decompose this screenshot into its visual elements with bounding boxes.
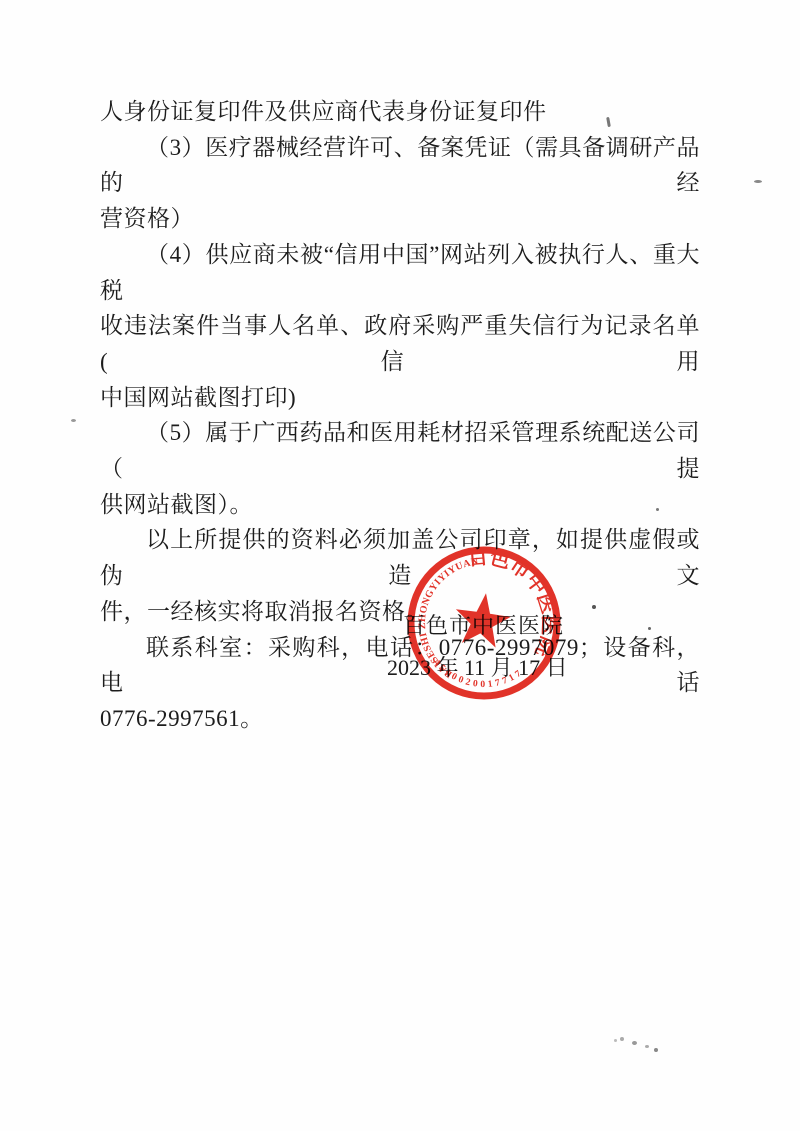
scan-speck xyxy=(71,419,76,422)
seal-org-cn: 百色市中医医院 xyxy=(467,545,561,661)
doc-line: 供网站截图）。 xyxy=(100,487,700,523)
scan-speck xyxy=(754,180,762,183)
doc-line: 收违法案件当事人名单、政府采购严重失信行为记录名单(信用 xyxy=(100,308,700,379)
doc-line: （4）供应商未被“信用中国”网站列入被执行人、重大税 xyxy=(100,237,700,308)
doc-line: 营资格） xyxy=(100,201,700,237)
scan-speck xyxy=(614,1039,617,1042)
star-icon xyxy=(456,593,511,647)
scan-speck xyxy=(654,1048,658,1052)
doc-line: （3）医疗器械经营许可、备案凭证（需具备调研产品的经 xyxy=(100,130,700,201)
svg-text:百色市中医医院: 百色市中医医院 xyxy=(467,545,561,661)
scan-speck xyxy=(648,627,651,630)
scan-speck xyxy=(592,605,596,609)
doc-line: 中国网站截图打印) xyxy=(100,380,700,416)
scan-speck xyxy=(645,1045,649,1048)
official-seal-stamp: BAISESHI ZHONGYIYIYUAN 百色市中医医院 451002001… xyxy=(394,536,574,708)
scan-speck xyxy=(632,1041,637,1045)
doc-line: （5）属于广西药品和医用耗材招采管理系统配送公司（提 xyxy=(100,415,700,486)
scan-speck xyxy=(110,393,113,396)
scan-speck xyxy=(656,508,659,511)
scan-speck xyxy=(620,1037,624,1041)
